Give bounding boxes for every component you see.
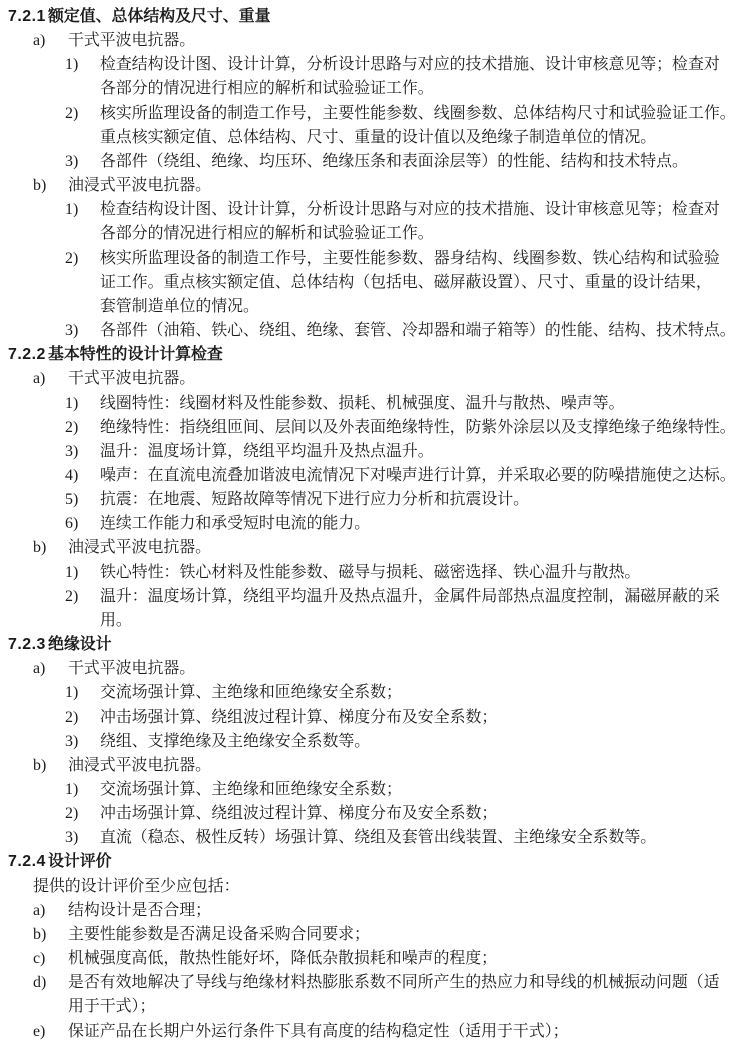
item-label: 2) — [65, 802, 100, 826]
item-label: 5) — [65, 488, 100, 512]
item-label: e) — [33, 1020, 68, 1042]
list-item: b) 油浸式平波电抗器。 — [33, 754, 743, 778]
list-item: 1) 线圈特性：线圈材料及性能参数、损耗、机械强度、温升与散热、噪声等。 — [65, 392, 743, 416]
item-label: a) — [33, 657, 68, 681]
list-item: 3) 各部件（油箱、铁心、绕组、绝缘、套管、冷却器和端子箱等）的性能、结构、技术… — [65, 319, 743, 343]
item-text: 各部件（绕组、绝缘、均压环、绝缘压条和表面涂层等）的性能、结构和技术特点。 — [100, 150, 743, 174]
list-item: 1) 交流场强计算、主绝缘和匝绝缘安全系数； — [65, 681, 743, 705]
list-item: d) 是否有效地解决了导线与绝缘材料热膨胀系数不同所产生的热应力和导线的机械振动… — [33, 971, 743, 1019]
item-label: 2) — [65, 416, 100, 440]
list-item: 2) 冲击场强计算、绕组波过程计算、梯度分布及安全系数； — [65, 802, 743, 826]
item-label: b) — [33, 536, 68, 560]
item-label: b) — [33, 174, 68, 198]
item-label: 6) — [65, 512, 100, 536]
item-text: 噪声：在直流电流叠加谐波电流情况下对噪声进行计算，并采取必要的防噪措施使之达标。 — [100, 464, 743, 488]
item-label: b) — [33, 923, 68, 947]
item-text: 绕组、支撑绝缘及主绝缘安全系数等。 — [100, 730, 743, 754]
section-number: 7.2.4 — [8, 850, 48, 874]
item-text: 油浸式平波电抗器。 — [68, 174, 743, 198]
item-text: 温升：温度场计算，绕组平均温升及热点温升。 — [100, 440, 743, 464]
item-text: 干式平波电抗器。 — [68, 367, 743, 391]
list-item: 2) 核实所监理设备的制造工作号，主要性能参数、线圈参数、总体结构尺寸和试验验证… — [65, 102, 743, 150]
list-item: 3) 温升：温度场计算，绕组平均温升及热点温升。 — [65, 440, 743, 464]
item-text: 铁心特性：铁心材料及性能参数、磁导与损耗、磁密选择、铁心温升与散热。 — [100, 561, 743, 585]
list-item: a) 结构设计是否合理； — [33, 899, 743, 923]
item-text: 连续工作能力和承受短时电流的能力。 — [100, 512, 743, 536]
list-item: 3) 直流（稳态、极性反转）场强计算、绕组及套管出线装置、主绝缘安全系数等。 — [65, 826, 743, 850]
section-title: 绝缘设计 — [48, 633, 743, 657]
list-item: 2) 温升：温度场计算，绕组平均温升及热点温升，金属件局部热点温度控制，漏磁屏蔽… — [65, 585, 743, 633]
item-text: 交流场强计算、主绝缘和匝绝缘安全系数； — [100, 681, 743, 705]
item-text: 冲击场强计算、绕组波过程计算、梯度分布及安全系数； — [100, 706, 743, 730]
item-text: 干式平波电抗器。 — [68, 657, 743, 681]
item-label: 2) — [65, 706, 100, 730]
item-label: 1) — [65, 198, 100, 246]
item-label: b) — [33, 754, 68, 778]
list-item: a) 干式平波电抗器。 — [33, 367, 743, 391]
item-label: 1) — [65, 392, 100, 416]
section-number: 7.2.2 — [8, 343, 48, 367]
section-title: 额定值、总体结构及尺寸、重量 — [48, 5, 743, 29]
item-text: 检查结构设计图、设计计算，分析设计思路与对应的技术措施、设计审核意见等；检查对 … — [100, 53, 743, 101]
section-heading-7-2-2: 7.2.2 基本特性的设计计算检查 — [8, 343, 743, 367]
item-text: 绝缘特性：指绕组匝间、层间以及外表面绝缘特性，防紫外涂层以及支撑绝缘子绝缘特性。 — [100, 416, 743, 440]
list-item: 2) 绝缘特性：指绕组匝间、层间以及外表面绝缘特性，防紫外涂层以及支撑绝缘子绝缘… — [65, 416, 743, 440]
section-number: 7.2.1 — [8, 5, 48, 29]
list-item: 3) 绕组、支撑绝缘及主绝缘安全系数等。 — [65, 730, 743, 754]
item-label: d) — [33, 971, 68, 1019]
item-label: 3) — [65, 319, 100, 343]
list-item: e) 保证产品在长期户外运行条件下具有高度的结构稳定性（适用于干式）； — [33, 1020, 743, 1042]
item-text: 冲击场强计算、绕组波过程计算、梯度分布及安全系数； — [100, 802, 743, 826]
item-text: 是否有效地解决了导线与绝缘材料热膨胀系数不同所产生的热应力和导线的机械振动问题（… — [68, 971, 743, 1019]
item-text: 机械强度高低，散热性能好坏，降低杂散损耗和噪声的程度； — [68, 947, 743, 971]
list-item: 1) 交流场强计算、主绝缘和匝绝缘安全系数； — [65, 778, 743, 802]
item-text: 油浸式平波电抗器。 — [68, 754, 743, 778]
list-item: b) 油浸式平波电抗器。 — [33, 174, 743, 198]
item-label: 3) — [65, 440, 100, 464]
item-text: 检查结构设计图、设计计算，分析设计思路与对应的技术措施、设计审核意见等；检查对 … — [100, 198, 743, 246]
document-page: 7.2.1 额定值、总体结构及尺寸、重量 a) 干式平波电抗器。 1) 检查结构… — [0, 0, 745, 1042]
list-item: b) 主要性能参数是否满足设备采购合同要求； — [33, 923, 743, 947]
item-label: 2) — [65, 247, 100, 319]
item-text: 主要性能参数是否满足设备采购合同要求； — [68, 923, 743, 947]
list-item: 3) 各部件（绕组、绝缘、均压环、绝缘压条和表面涂层等）的性能、结构和技术特点。 — [65, 150, 743, 174]
item-label: 3) — [65, 730, 100, 754]
list-item: a) 干式平波电抗器。 — [33, 29, 743, 53]
item-text: 交流场强计算、主绝缘和匝绝缘安全系数； — [100, 778, 743, 802]
item-text: 油浸式平波电抗器。 — [68, 536, 743, 560]
item-label: 1) — [65, 53, 100, 101]
section-title: 基本特性的设计计算检查 — [48, 343, 743, 367]
list-item: 2) 冲击场强计算、绕组波过程计算、梯度分布及安全系数； — [65, 706, 743, 730]
item-label: 2) — [65, 585, 100, 633]
item-text: 抗震：在地震、短路故障等情况下进行应力分析和抗震设计。 — [100, 488, 743, 512]
list-item: 4) 噪声：在直流电流叠加谐波电流情况下对噪声进行计算，并采取必要的防噪措施使之… — [65, 464, 743, 488]
item-label: a) — [33, 899, 68, 923]
section-intro: 提供的设计评价至少应包括： — [33, 875, 743, 899]
item-text: 核实所监理设备的制造工作号，主要性能参数、线圈参数、总体结构尺寸和试验验证工作。… — [100, 102, 743, 150]
section-heading-7-2-3: 7.2.3 绝缘设计 — [8, 633, 743, 657]
list-item: 1) 检查结构设计图、设计计算，分析设计思路与对应的技术措施、设计审核意见等；检… — [65, 53, 743, 101]
item-label: 3) — [65, 150, 100, 174]
item-label: 3) — [65, 826, 100, 850]
list-item: 2) 核实所监理设备的制造工作号，主要性能参数、器身结构、线圈参数、铁心结构和试… — [65, 247, 743, 319]
item-text: 各部件（油箱、铁心、绕组、绝缘、套管、冷却器和端子箱等）的性能、结构、技术特点。 — [100, 319, 743, 343]
item-text: 干式平波电抗器。 — [68, 29, 743, 53]
item-text: 线圈特性：线圈材料及性能参数、损耗、机械强度、温升与散热、噪声等。 — [100, 392, 743, 416]
item-label: 1) — [65, 681, 100, 705]
item-text: 直流（稳态、极性反转）场强计算、绕组及套管出线装置、主绝缘安全系数等。 — [100, 826, 743, 850]
section-heading-7-2-4: 7.2.4 设计评价 — [8, 850, 743, 874]
section-number: 7.2.3 — [8, 633, 48, 657]
item-label: 4) — [65, 464, 100, 488]
section-heading-7-2-1: 7.2.1 额定值、总体结构及尺寸、重量 — [8, 5, 743, 29]
item-text: 温升：温度场计算，绕组平均温升及热点温升，金属件局部热点温度控制，漏磁屏蔽的采 … — [100, 585, 743, 633]
item-label: 1) — [65, 561, 100, 585]
item-text: 结构设计是否合理； — [68, 899, 743, 923]
list-item: 5) 抗震：在地震、短路故障等情况下进行应力分析和抗震设计。 — [65, 488, 743, 512]
list-item: 1) 检查结构设计图、设计计算，分析设计思路与对应的技术措施、设计审核意见等；检… — [65, 198, 743, 246]
section-title: 设计评价 — [48, 850, 743, 874]
list-item: a) 干式平波电抗器。 — [33, 657, 743, 681]
list-item: 6) 连续工作能力和承受短时电流的能力。 — [65, 512, 743, 536]
item-text: 保证产品在长期户外运行条件下具有高度的结构稳定性（适用于干式）； — [68, 1020, 743, 1042]
item-text: 核实所监理设备的制造工作号，主要性能参数、器身结构、线圈参数、铁心结构和试验验 … — [100, 247, 743, 319]
list-item: 1) 铁心特性：铁心材料及性能参数、磁导与损耗、磁密选择、铁心温升与散热。 — [65, 561, 743, 585]
list-item: b) 油浸式平波电抗器。 — [33, 536, 743, 560]
item-label: 1) — [65, 778, 100, 802]
list-item: c) 机械强度高低，散热性能好坏，降低杂散损耗和噪声的程度； — [33, 947, 743, 971]
item-label: a) — [33, 367, 68, 391]
item-label: a) — [33, 29, 68, 53]
item-label: 2) — [65, 102, 100, 150]
item-label: c) — [33, 947, 68, 971]
